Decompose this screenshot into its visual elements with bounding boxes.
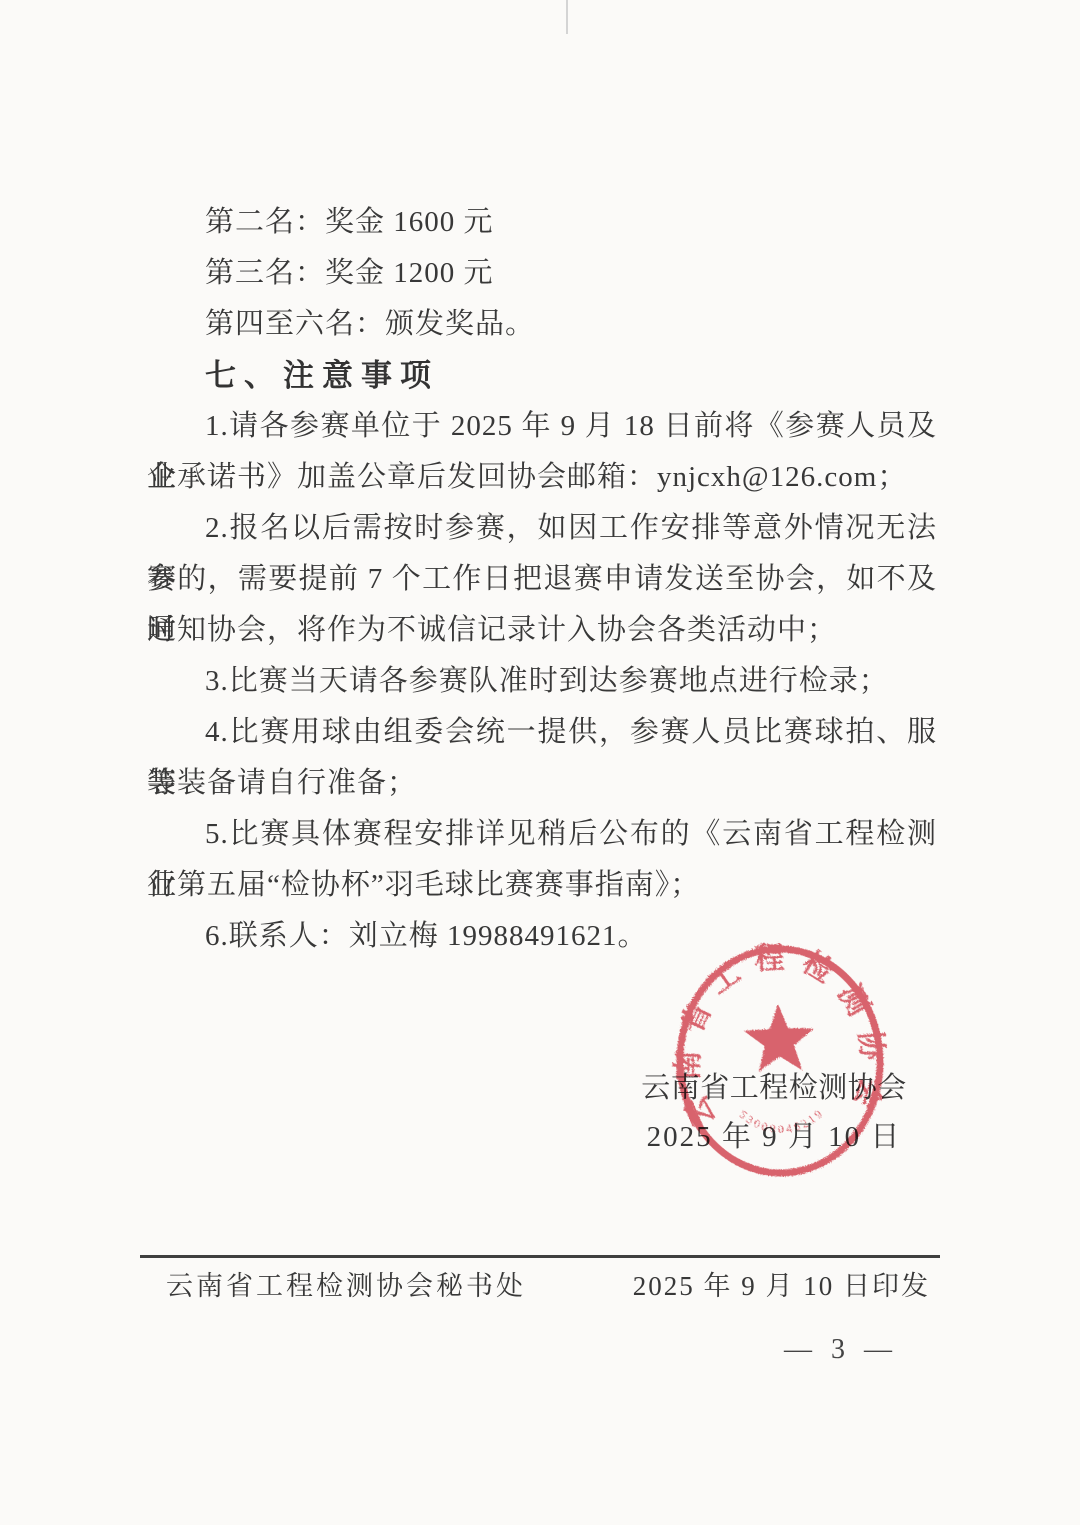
seal-star-icon	[743, 1003, 816, 1072]
note-1-line-2: 业承诺书》加盖公章后发回协会邮箱：ynjcxh@126.com；	[147, 452, 937, 503]
prize-line-second: 第二名：奖金 1600 元	[147, 197, 937, 248]
note-5-line-1: 5.比赛具体赛程安排详见稍后公布的《云南省工程检测行	[147, 809, 937, 860]
note-5-line-2: 业第五届“检协杯”羽毛球比赛赛事指南》；	[147, 860, 937, 911]
note-4-line-2: 等装备请自行准备；	[147, 758, 937, 809]
footer-rule	[140, 1255, 940, 1258]
footer-issue-date: 2025 年 9 月 10 日印发	[540, 1268, 930, 1304]
seal-code: 53000046219	[736, 1106, 827, 1137]
scan-fold-mark	[566, 0, 568, 34]
document-body: 第二名：奖金 1600 元 第三名：奖金 1200 元 第四至六名：颁发奖品。 …	[147, 197, 937, 962]
footer-issuer: 云南省工程检测协会秘书处	[166, 1268, 526, 1304]
note-4-line-1: 4.比赛用球由组委会统一提供，参赛人员比赛球拍、服装	[147, 707, 937, 758]
svg-text:53000046219: 53000046219	[736, 1106, 827, 1137]
note-2-line-1: 2.报名以后需按时参赛，如因工作安排等意外情况无法参	[147, 503, 937, 554]
section-heading-notes: 七、注意事项	[147, 350, 937, 401]
prize-line-fourth-sixth: 第四至六名：颁发奖品。	[147, 299, 937, 350]
note-1-line-1: 1.请各参赛单位于 2025 年 9 月 18 日前将《参赛人员及企	[147, 401, 937, 452]
official-seal: 云南省工程检测协会 53000046219	[667, 937, 893, 1184]
prize-line-third: 第三名：奖金 1200 元	[147, 248, 937, 299]
note-2-line-2: 赛的，需要提前 7 个工作日把退赛申请发送至协会，如不及时	[147, 554, 937, 605]
note-2-line-3: 通知协会，将作为不诚信记录计入协会各类活动中；	[147, 605, 937, 656]
document-page: 第二名：奖金 1600 元 第三名：奖金 1200 元 第四至六名：颁发奖品。 …	[0, 0, 1080, 1525]
page-number: — 3 —	[784, 1334, 898, 1366]
note-3-line-1: 3.比赛当天请各参赛队准时到达参赛地点进行检录；	[147, 656, 937, 707]
